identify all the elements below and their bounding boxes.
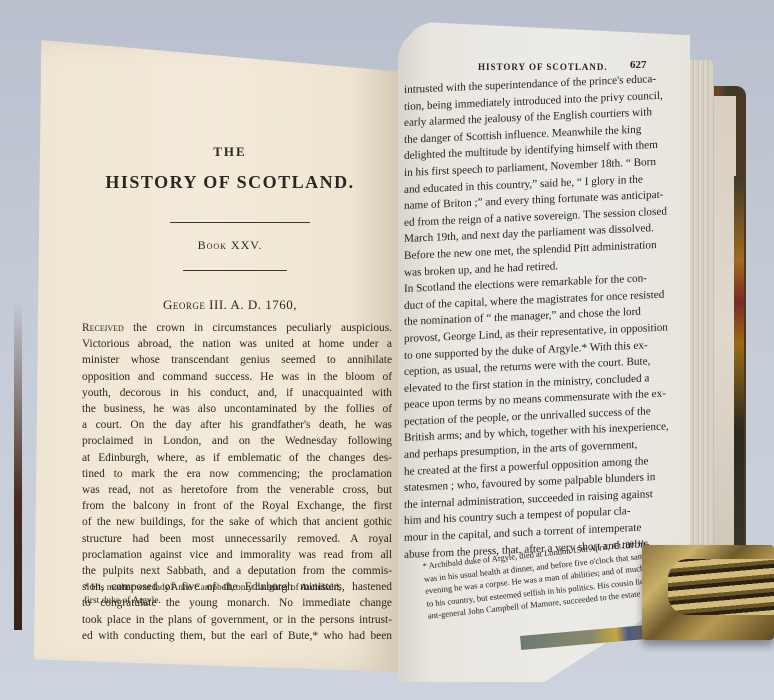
text-line: proclaimed in London, and on the Wednesd… — [82, 433, 392, 449]
page-number: 627 — [630, 59, 647, 71]
footnote-line: * His mother was lady Anne Campbell, onl… — [84, 582, 390, 595]
text-line: a court. On the day after his grandfathe… — [82, 417, 392, 433]
front-cover-edge — [14, 300, 22, 630]
book-photo: THE HISTORY OF SCOTLAND. Book XXV. Georg… — [0, 0, 774, 700]
text-line: tined to mark the era now commencing; th… — [82, 466, 392, 482]
text-line: Victorious abroad, the nation was united… — [82, 336, 392, 352]
right-body-text: intrusted with the superintendance of th… — [404, 71, 654, 563]
marbled-cover-edge — [734, 176, 744, 596]
left-footnote: * His mother was lady Anne Campbell, onl… — [84, 582, 390, 608]
text-line: ed with conducting them, but the earl of… — [82, 628, 392, 644]
text-line: was read, not as heretofore from the ven… — [82, 482, 392, 498]
brass-fingers — [668, 559, 774, 615]
footnote-line: first duke of Argyle. — [84, 595, 390, 608]
brass-hand-bookmark-icon — [642, 545, 774, 640]
text-line: structure had been most unnecessarily re… — [82, 531, 392, 547]
text-line: opposition and command success. He was i… — [82, 369, 392, 385]
text-line: at Edinburgh, where, as if emblematic of… — [82, 450, 392, 466]
text-line: from the balcony in front of the Royal E… — [82, 498, 392, 514]
book-title: HISTORY OF SCOTLAND. — [80, 172, 380, 193]
book-number: Book XXV. — [80, 238, 380, 253]
text-line: the business, he was also uncontaminated… — [82, 401, 392, 417]
text-line: took place in the plans of government, o… — [82, 612, 392, 628]
title-the: THE — [80, 144, 380, 160]
text-line: of the new buildings, for the sake of wh… — [82, 514, 392, 530]
text-line: minister whose transcendant genius seeme… — [82, 352, 392, 368]
title-rule — [170, 222, 310, 223]
running-head: HISTORY OF SCOTLAND. — [478, 62, 608, 72]
reign-heading: George III. A. D. 1760, — [80, 297, 380, 313]
text-line: proclamation against vice and immorality… — [82, 547, 392, 563]
text-line: the pulpits next Sabbath, and a deputati… — [82, 563, 392, 579]
text-line: youth, decorous in his conduct, and, if … — [82, 385, 392, 401]
page-edges — [686, 60, 714, 580]
book-rule — [183, 270, 287, 271]
text-line: Received the crown in circumstances pecu… — [82, 320, 392, 336]
